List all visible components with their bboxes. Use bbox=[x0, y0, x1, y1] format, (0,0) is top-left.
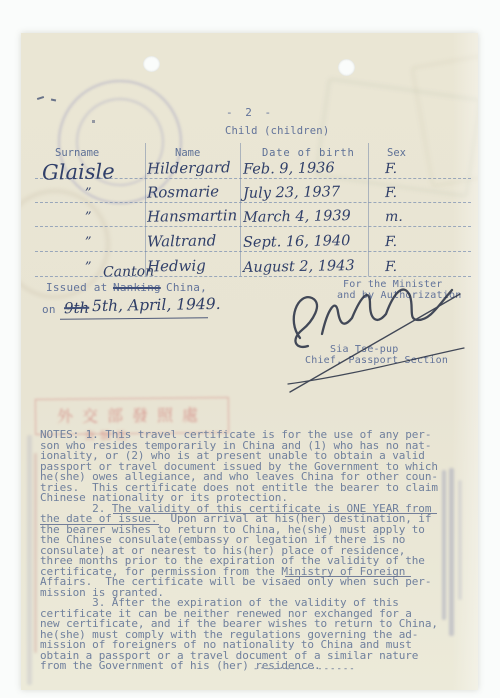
handwritten-date: 5th, April, 1949. bbox=[92, 295, 221, 315]
notes-underline bbox=[285, 576, 411, 577]
cell-surname: ” bbox=[85, 260, 92, 275]
end-rule: -·--·---··------ bbox=[253, 664, 356, 674]
cell-dob: Sept. 16, 1940 bbox=[243, 233, 351, 251]
notes-underline bbox=[113, 513, 438, 514]
handwritten-city: Canton bbox=[103, 264, 154, 281]
cell-name: Hedwig bbox=[147, 256, 206, 275]
table-row: GlaisleHildergardFeb. 9, 1936F. bbox=[35, 154, 471, 179]
punch-hole bbox=[143, 56, 160, 72]
notes-paragraphs: NOTES: 1. This travel certificate is for… bbox=[40, 430, 468, 672]
notes-underline bbox=[40, 524, 159, 525]
cell-name: Waltrand bbox=[147, 231, 217, 250]
on-label: on bbox=[42, 303, 56, 316]
side-stamp-icon bbox=[34, 453, 37, 653]
ink-mark bbox=[92, 120, 95, 123]
punch-hole bbox=[338, 59, 355, 76]
section-title: Child (children) bbox=[225, 125, 329, 137]
side-stamp-icon bbox=[27, 435, 32, 685]
cell-sex: F. bbox=[385, 161, 397, 177]
cell-dob: Feb. 9, 1936 bbox=[243, 160, 335, 178]
cell-dob: July 23, 1937 bbox=[243, 184, 340, 202]
cell-dob: March 4, 1939 bbox=[243, 208, 351, 226]
issued-at-label: Issued at bbox=[46, 281, 107, 294]
crossed-out-city: Nanking bbox=[113, 281, 161, 294]
cell-sex: F. bbox=[385, 185, 397, 201]
table-row: ”RosmarieJuly 23, 1937F. bbox=[35, 178, 471, 203]
scanned-document: - 2 - Child (children) Surname Name Date… bbox=[0, 0, 500, 698]
table-row: ”WaltrandSept. 16, 1940F. bbox=[35, 226, 471, 252]
cell-name: Hansmartin bbox=[147, 206, 238, 226]
cell-sex: m. bbox=[385, 209, 403, 225]
cell-surname: ” bbox=[85, 210, 92, 225]
cell-sex: F. bbox=[385, 234, 397, 250]
page-number: - 2 - bbox=[226, 106, 274, 119]
cell-surname: ” bbox=[85, 186, 92, 201]
table-row: ”HansmartinMarch 4, 1939m. bbox=[35, 202, 471, 227]
ink-mark bbox=[37, 96, 44, 100]
country-label: China, bbox=[166, 281, 207, 294]
crossed-out-day: 9th bbox=[64, 299, 90, 317]
cell-surname: ” bbox=[85, 235, 92, 250]
children-table: Surname Name Date of birth Sex GlaisleHi… bbox=[35, 143, 471, 276]
cell-name: Rosmarie bbox=[147, 182, 219, 201]
cell-name: Hildergard bbox=[147, 158, 231, 177]
signature bbox=[278, 268, 478, 403]
ink-mark bbox=[51, 99, 56, 102]
